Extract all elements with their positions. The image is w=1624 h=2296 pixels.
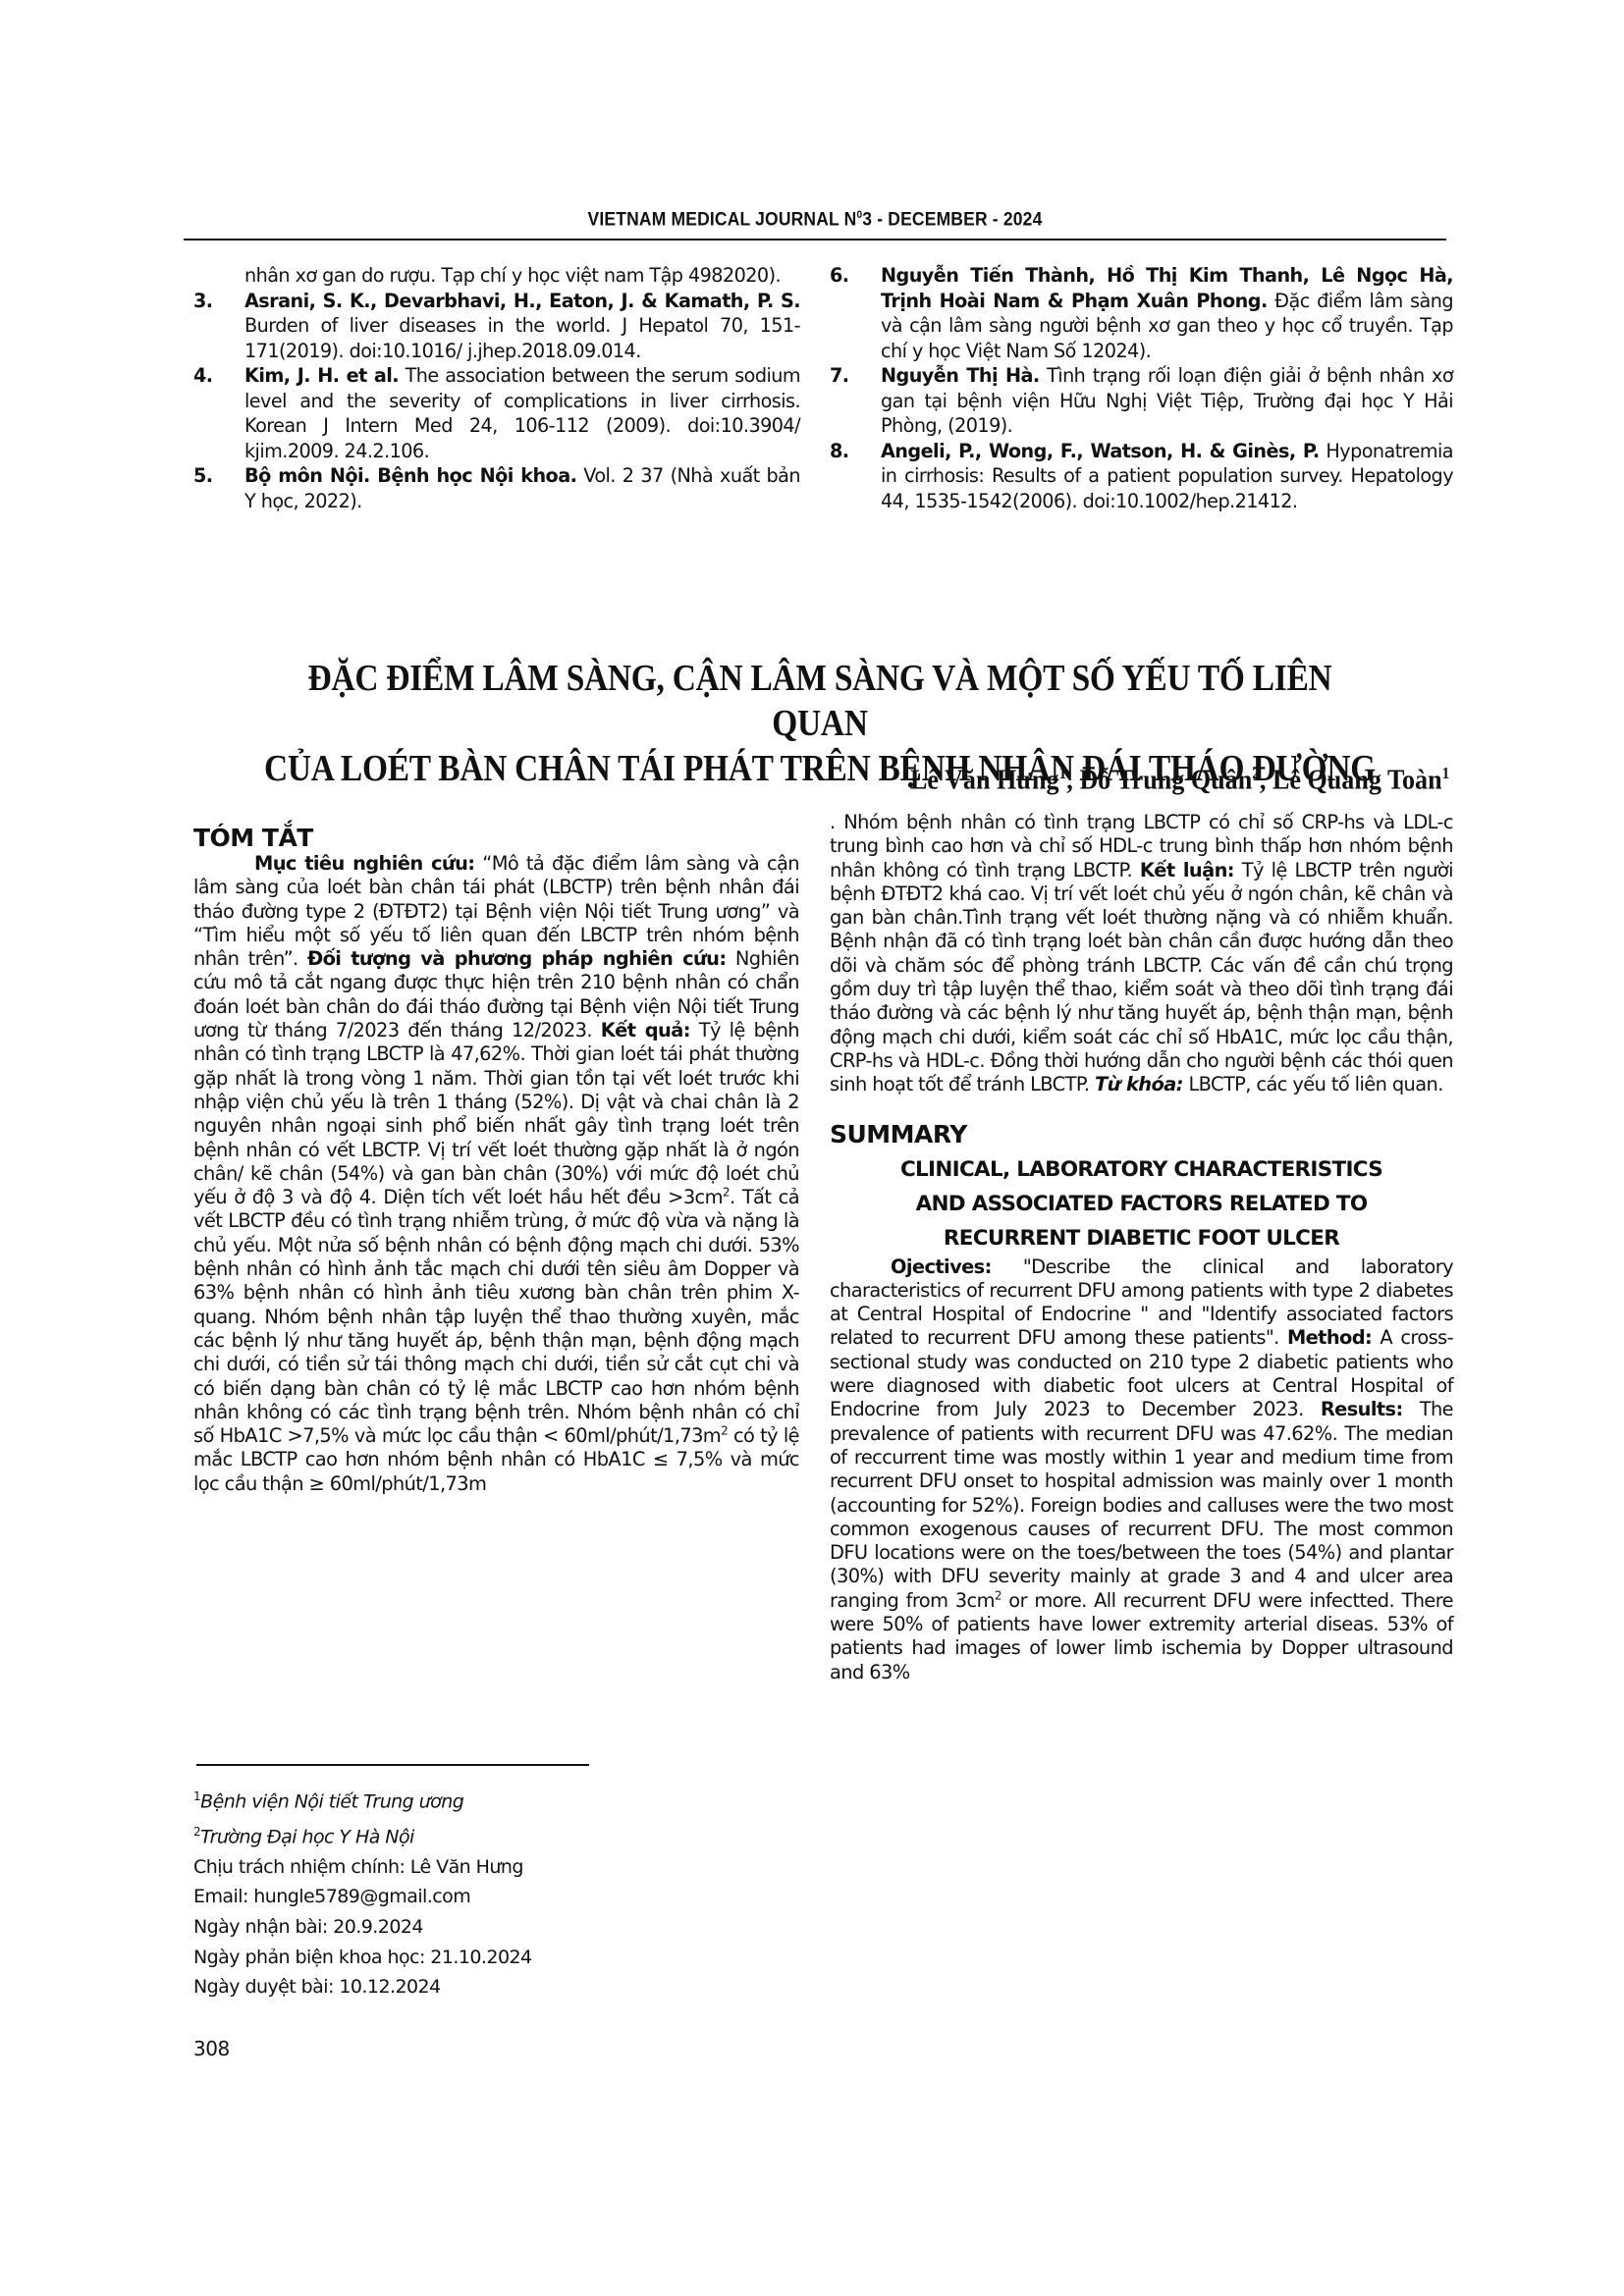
summary-title-line-2: AND ASSOCIATED FACTORS RELATED TO (830, 1187, 1453, 1221)
reference-authors: Angeli, P., Wong, F., Watson, H. & Ginès… (881, 440, 1320, 462)
author-name: Lê Văn Hưng (910, 765, 1059, 796)
abstract-body-right: . Nhóm bệnh nhân có tình trạng LBCTP có … (830, 811, 1453, 1097)
date-reviewed: Ngày phản biện khoa học: 21.10.2024 (193, 1943, 799, 1973)
reference-number: 4. (193, 363, 244, 463)
abstract-vietnamese: TÓM TẮT Mục tiêu nghiên cứu: “Mô tả đặc … (193, 823, 799, 1496)
journal-running-header: VIETNAM MEDICAL JOURNAL N03 - DECEMBER -… (234, 209, 1395, 231)
results-text: Tỷ lệ bệnh nhân có tình trạng LBCTP là 4… (193, 1019, 799, 1208)
conclusion-label: Kết luận: (1140, 859, 1234, 881)
reference-number: 7. (830, 363, 881, 439)
superscript: 2 (723, 1186, 730, 1200)
summary-title-line-3: RECURRENT DIABETIC FOOT ULCER (830, 1221, 1453, 1255)
article-title-line-1: ĐẶC ĐIỂM LÂM SÀNG, CẬN LÂM SÀNG VÀ MỘT S… (262, 656, 1377, 746)
author-affiliation-mark: 1 (1441, 764, 1449, 782)
author-affiliation-mark: 2 (1252, 764, 1260, 782)
affiliation-text: Bệnh viện Nội tiết Trung ương (200, 1790, 463, 1812)
issue-date: 3 - DECEMBER - 2024 (862, 209, 1042, 230)
reference-text: Burden of liver diseases in the world. J… (244, 314, 800, 362)
affiliation-text: Trường Đại học Y Hà Nội (200, 1826, 414, 1847)
keywords-label: Từ khóa: (1095, 1073, 1183, 1095)
corresponding-author: Chịu trách nhiệm chính: Lê Văn Hưng (193, 1852, 799, 1883)
footnote-rule (196, 1764, 589, 1766)
reference-authors: Asrani, S. K., Devarbhavi, H., Eaton, J.… (244, 290, 800, 312)
reference-authors: Kim, J. H. et al. (244, 364, 399, 387)
reference-continuation: nhân xơ gan do rượu. Tạp chí y học việt … (193, 263, 800, 289)
summary-title: CLINICAL, LABORATORY CHARACTERISTICS AND… (830, 1152, 1453, 1255)
author-affiliation-mark: 1 (1058, 764, 1066, 782)
abstract-body-left: Mục tiêu nghiên cứu: “Mô tả đặc điểm lâm… (193, 852, 799, 1496)
author-list: Lê Văn Hưng1, Đỗ Trung Quân2, Lê Quang T… (910, 764, 1449, 797)
date-accepted: Ngày duyệt bài: 10.12.2024 (193, 1972, 799, 2002)
results-label: Results: (1321, 1398, 1403, 1420)
journal-name: VIETNAM MEDICAL JOURNAL N (588, 209, 857, 230)
reference-authors: Bộ môn Nội. Bệnh học Nội khoa. (244, 464, 576, 487)
references-left-column: nhân xơ gan do rượu. Tạp chí y học việt … (193, 263, 800, 513)
abstract-heading: TÓM TẮT (193, 823, 799, 854)
reference-item: 7. Nguyễn Thị Hà. Tình trạng rối loạn đi… (830, 363, 1453, 439)
author-name: Lê Quang Toàn (1272, 765, 1442, 796)
reference-authors: Nguyễn Thị Hà. (881, 364, 1040, 387)
results-label: Kết quả: (601, 1019, 690, 1041)
results-text: The prevalence of patients with recurren… (830, 1398, 1453, 1611)
author-name: Đỗ Trung Quân (1079, 765, 1252, 796)
method-label: Đối tượng và phương pháp nghiên cứu: (307, 947, 727, 970)
page-number: 308 (193, 2037, 230, 2060)
summary-body: Ojectives: "Describe the clinical and la… (830, 1255, 1453, 1684)
reference-item: 8. Angeli, P., Wong, F., Watson, H. & Gi… (830, 439, 1453, 514)
reference-number: 5. (193, 463, 244, 513)
reference-item: 6. Nguyễn Tiến Thành, Hồ Thị Kim Thanh, … (830, 263, 1453, 363)
objectives-label: Ojectives: (891, 1255, 992, 1278)
summary-title-line-1: CLINICAL, LABORATORY CHARACTERISTICS (830, 1152, 1453, 1187)
reference-number: 8. (830, 439, 881, 514)
email: Email: hungle5789@gmail.com (193, 1882, 799, 1912)
objective-label: Mục tiêu nghiên cứu: (254, 852, 474, 875)
header-rule (184, 239, 1446, 240)
method-label: Method: (1287, 1326, 1372, 1349)
keywords-text: LBCTP, các yếu tố liên quan. (1183, 1073, 1443, 1095)
date-received: Ngày nhận bài: 20.9.2024 (193, 1912, 799, 1943)
reference-item: 5. Bộ môn Nội. Bệnh học Nội khoa. Vol. 2… (193, 463, 800, 513)
references-right-column: 6. Nguyễn Tiến Thành, Hồ Thị Kim Thanh, … (830, 263, 1453, 513)
reference-item: 4. Kim, J. H. et al. The association bet… (193, 363, 800, 463)
affiliation-2: 2Trường Đại học Y Hà Nội (193, 1817, 799, 1852)
affiliation-1: 1Bệnh viện Nội tiết Trung ương (193, 1782, 799, 1817)
conclusion-text: Tỷ lệ LBCTP trên người bệnh ĐTĐT2 khá ca… (830, 859, 1453, 1096)
right-column-body: . Nhóm bệnh nhân có tình trạng LBCTP có … (830, 811, 1453, 1684)
summary-heading: SUMMARY (830, 1117, 1453, 1152)
reference-number: 6. (830, 263, 881, 363)
footnotes: 1Bệnh viện Nội tiết Trung ương 2Trường Đ… (193, 1782, 799, 2002)
reference-number: 3. (193, 289, 244, 364)
superscript: 2 (995, 1588, 1001, 1602)
results-text: . Tất cả vết LBCTP đều có tình trạng nhi… (193, 1186, 799, 1447)
reference-item: 3. Asrani, S. K., Devarbhavi, H., Eaton,… (193, 289, 800, 364)
